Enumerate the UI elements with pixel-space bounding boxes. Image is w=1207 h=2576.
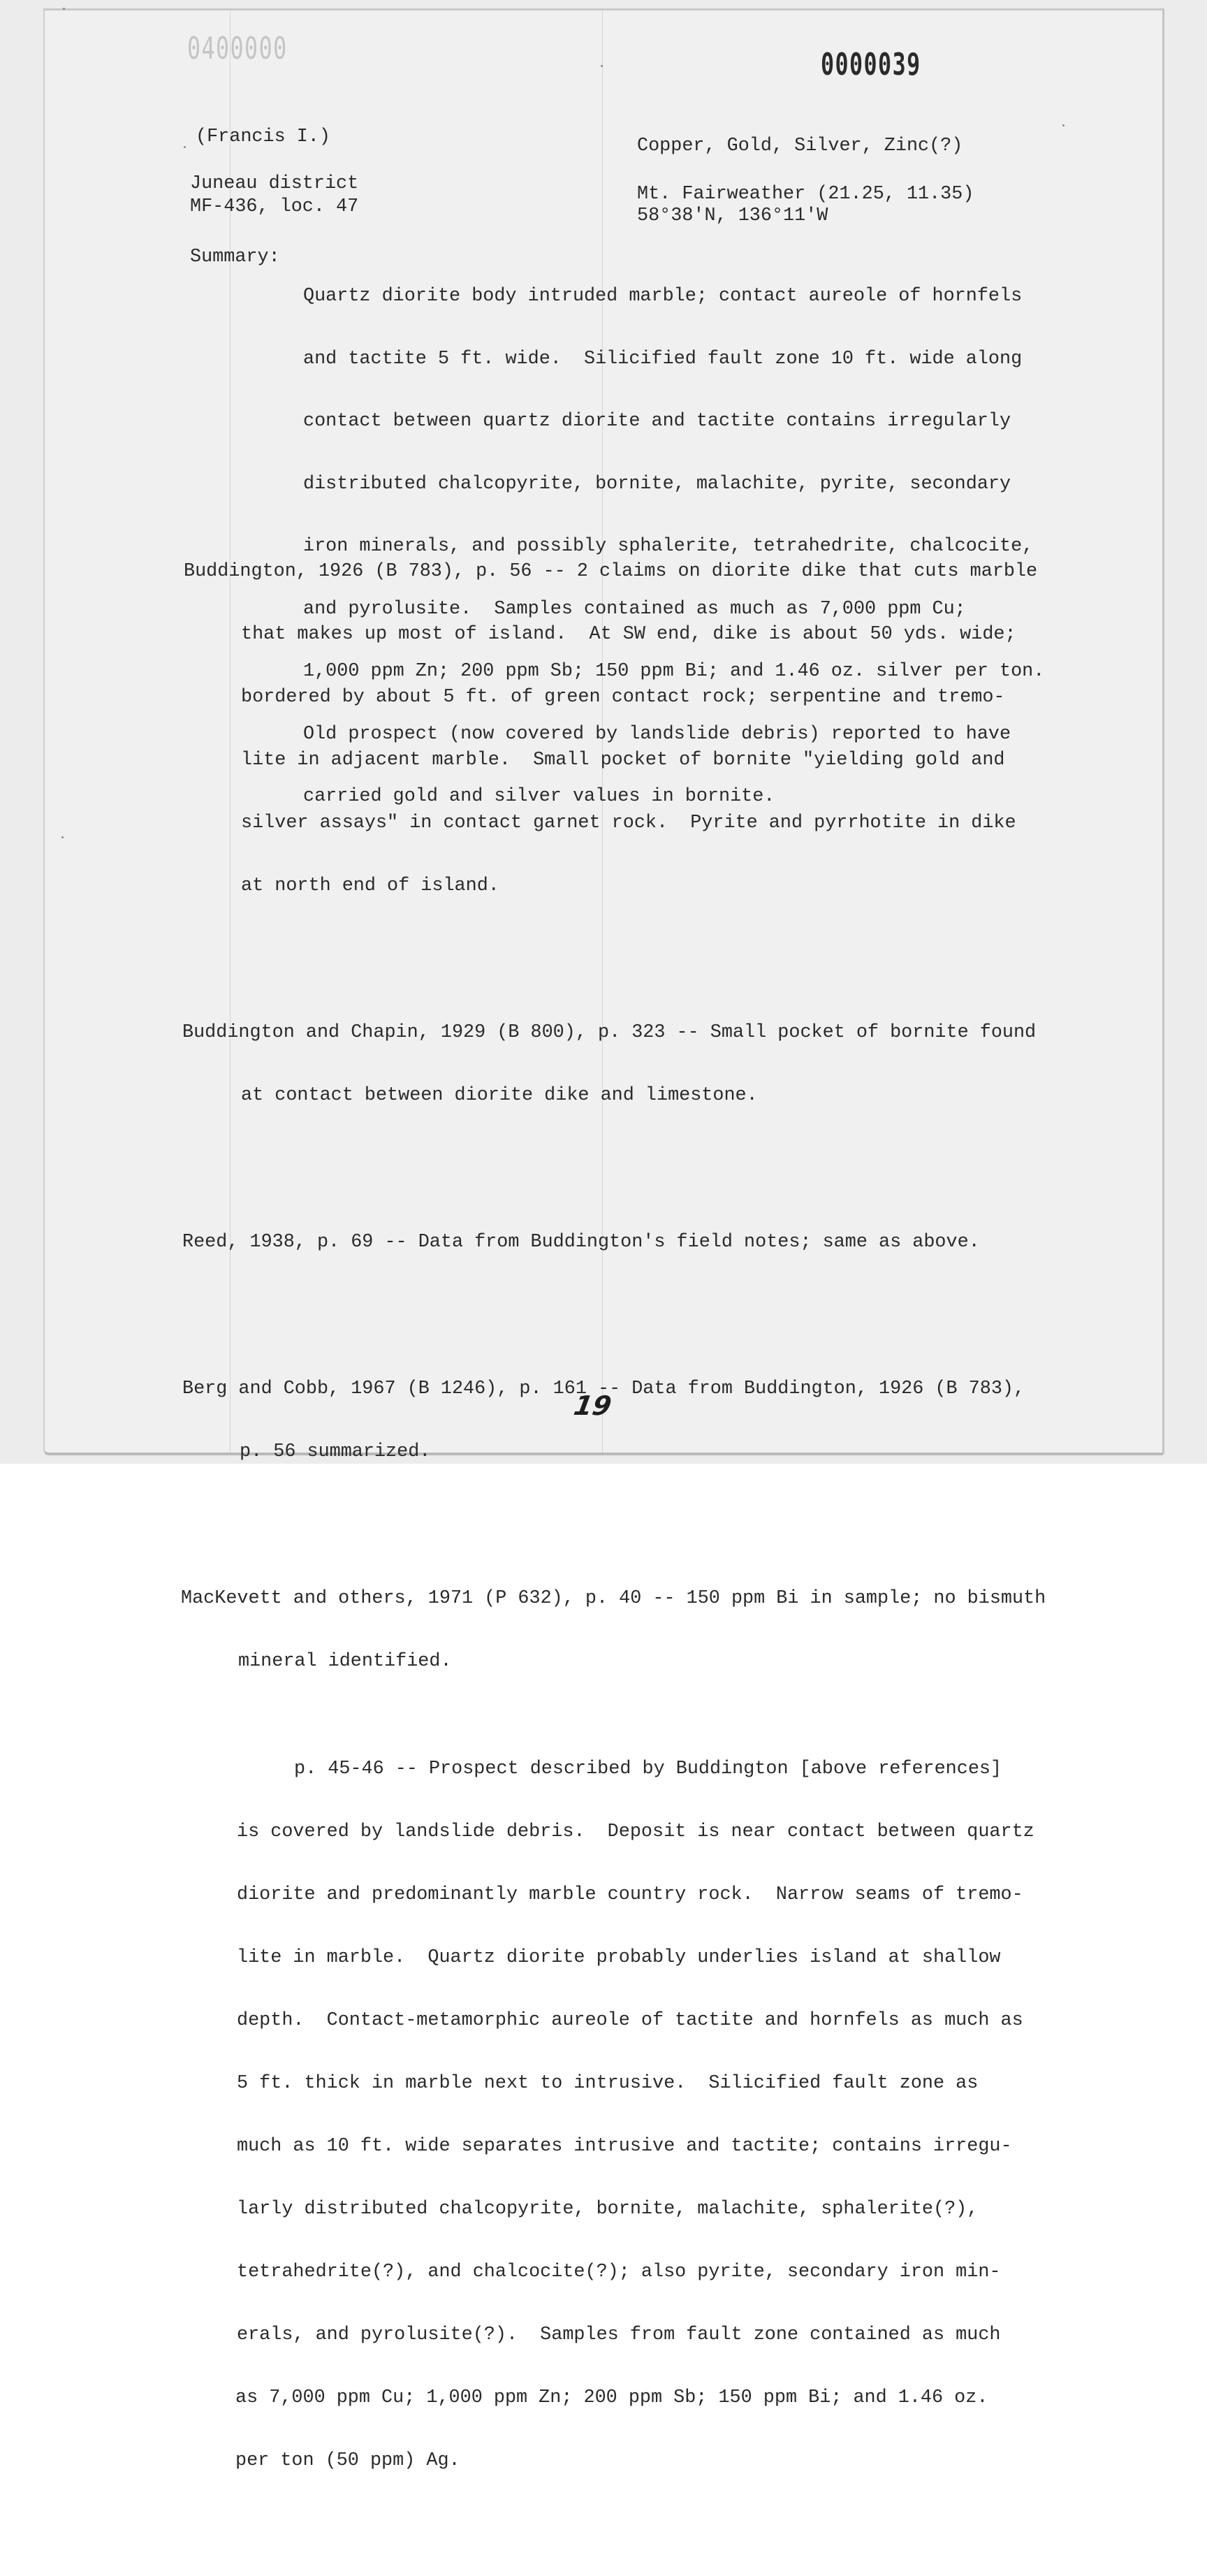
- reference-continuation: that makes up most of island. At SW end,…: [184, 624, 1046, 645]
- page-number: 19: [571, 1390, 614, 1421]
- document-number-stamp: 0000039: [821, 47, 921, 82]
- map-reference: MF-436, loc. 47: [190, 198, 358, 217]
- scan-speck: [61, 836, 64, 838]
- coordinates: 58°38'N, 136°11'W: [637, 207, 828, 226]
- reference-citation: Reed, 1938, p. 69 -- Data from Buddingto…: [182, 1232, 1046, 1253]
- summary-label: Summary:: [190, 248, 280, 267]
- summary-line: and tactite 5 ft. wide. Silicified fault…: [303, 349, 1044, 370]
- scan-speck: [1062, 124, 1065, 126]
- references-list: Buddington, 1926 (B 783), p. 56 -- 2 cla…: [184, 477, 1046, 1537]
- reference-continuation: at contact between diorite dike and lime…: [184, 1085, 1046, 1106]
- reference-continuation: at north end of island.: [184, 875, 1046, 896]
- reference-citation: Buddington, 1926 (B 783), p. 56 -- 2 cla…: [184, 561, 1046, 582]
- commodities: Copper, Gold, Silver, Zinc(?): [637, 137, 963, 156]
- scan-speck: [63, 8, 65, 10]
- reference-continuation: silver assays" in contact garnet rock. P…: [184, 813, 1046, 834]
- reference-entry: Buddington, 1926 (B 783), p. 56 -- 2 cla…: [184, 519, 1046, 938]
- scan-speck: [601, 65, 603, 67]
- reference-continuation: lite in adjacent marble. Small pocket of…: [184, 750, 1046, 771]
- reference-entry: Buddington and Chapin, 1929 (B 800), p. …: [184, 980, 1046, 1148]
- quadrangle: Mt. Fairweather (21.25, 11.35): [637, 185, 974, 204]
- locality-name: (Francis I.): [196, 128, 330, 147]
- scan-speck: [184, 146, 186, 148]
- reference-entry: Berg and Cobb, 1967 (B 1246), p. 161 -- …: [184, 1337, 1046, 1504]
- reference-continuation: p. 56 summarized.: [184, 1441, 1046, 1462]
- summary-line: contact between quartz diorite and tacti…: [303, 412, 1044, 432]
- reference-citation: Buddington and Chapin, 1929 (B 800), p. …: [182, 1022, 1046, 1043]
- reference-continuation: bordered by about 5 ft. of green contact…: [184, 687, 1046, 708]
- reference-entry: Reed, 1938, p. 69 -- Data from Buddingto…: [184, 1190, 1046, 1295]
- district-name: Juneau district: [190, 175, 358, 194]
- reference-citation: Berg and Cobb, 1967 (B 1246), p. 161 -- …: [182, 1378, 1046, 1399]
- summary-line: Quartz diorite body intruded marble; con…: [303, 286, 1044, 307]
- faint-document-stamp: 0400000: [187, 31, 288, 66]
